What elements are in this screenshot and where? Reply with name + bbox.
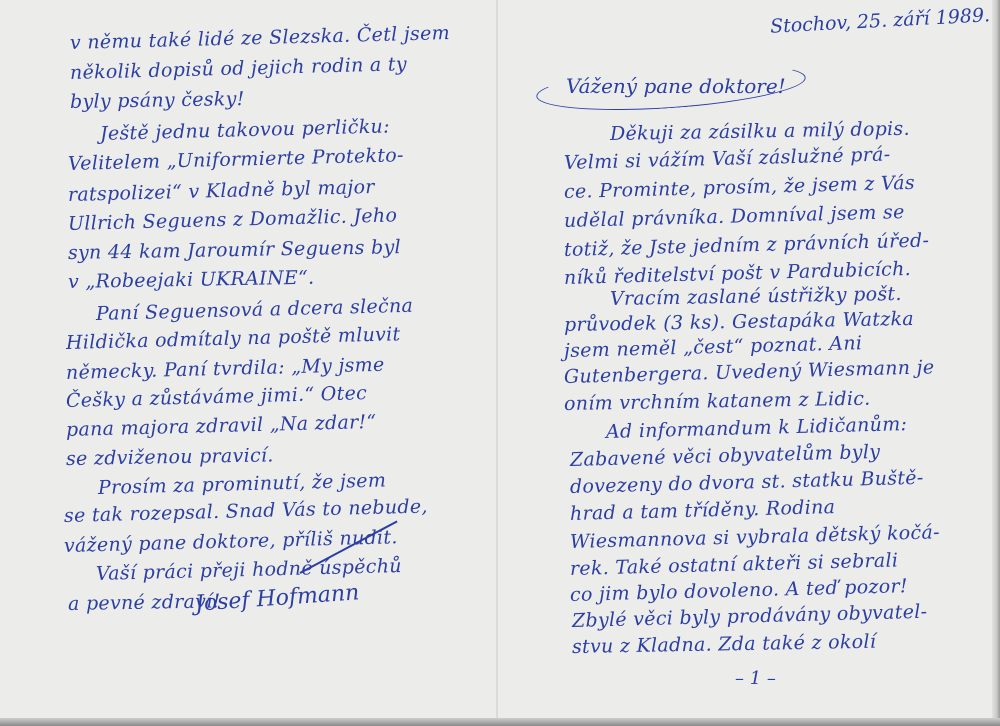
text-line: se tak rozepsal. Snad Vás to nebude, <box>64 495 428 527</box>
text-line: Češky a zůstáváme jimi.“ Otec <box>66 382 368 412</box>
text-line: v „Robeejaki UKRAINE“. <box>68 267 315 293</box>
scan-shadow <box>0 718 1000 726</box>
text-line: Vracím zaslané ústřižky pošt. <box>610 283 902 310</box>
text-line: vážený pane doktore, příliš nudit. <box>64 526 398 557</box>
text-line: hrad a tam tříděny. Rodina <box>570 496 836 525</box>
signature: Josef Hofmann <box>194 580 360 616</box>
text-line: udělal právníka. Domníval jsem se <box>564 201 905 232</box>
text-line: ce. Prominte, prosím, že jsem z Vás <box>564 172 915 203</box>
text-line: Paní Seguensová a dcera slečna <box>96 295 414 325</box>
text-line: Prosím za prominutí, že jsem <box>98 469 387 499</box>
text-line: Wiesmannova si vybrala dětský kočá- <box>570 521 940 553</box>
text-line: jsem neměl „čest“ poznat. Ani <box>564 332 863 362</box>
text-line: se zdviženou pravicí. <box>66 444 274 470</box>
text-line: Děkuji za zásilku a milý dopis. <box>610 118 910 145</box>
text-line: Velmi si vážím Vaší záslužné prá- <box>564 143 891 174</box>
text-line: Ad informandum k Lidičanům: <box>606 413 908 443</box>
page-edge <box>992 0 1000 718</box>
text-line: oním vrchním katanem z Lidic. <box>564 388 871 415</box>
salutation-block: Vážený pane doktore! <box>536 66 806 110</box>
text-line: co jim bylo dovoleno. A teď pozor! <box>570 575 908 606</box>
text-line: byly psány česky! <box>70 88 245 113</box>
text-line: Velitelem „Uniformierte Protekto- <box>68 144 404 175</box>
text-line: Ullrich Seguens z Domažlic. Jeho <box>68 204 398 235</box>
text-line: pana majora zdravil „Na zdar!“ <box>66 411 377 441</box>
text-line: syn 44 kam Jaroumír Seguens byl <box>68 236 401 264</box>
left-page: v němu také lidé ze Slezska. Četl jsem n… <box>0 0 496 718</box>
text-line: německy. Paní tvrdila: „My jsme <box>66 354 385 384</box>
text-line: dovezeny do dvora st. statku Buště- <box>570 467 924 498</box>
salutation: Vážený pane doktore! <box>566 74 786 98</box>
text-line: totiž, že Jste jedním z právních úřed- <box>564 229 930 261</box>
text-line: Gutenbergera. Uvedený Wiesmann je <box>564 356 935 388</box>
text-line: Hildička odmítaly na poště mluvit <box>66 323 401 354</box>
text-line: Ještě jednu takovou perličku: <box>100 115 390 145</box>
text-line: v němu také lidé ze Slezska. Četl jsem <box>70 22 451 54</box>
text-line: ratspolizei“ v Kladně byl major <box>68 176 375 206</box>
page-number: – 1 – <box>735 668 776 689</box>
date-line: Stochov, 25. září 1989. <box>770 4 991 37</box>
text-line: Zabavené věci obyvatelům byly <box>570 441 881 471</box>
text-line: několik dopisů od jejich rodin a ty <box>70 53 407 84</box>
text-line: rek. Také ostatní akteři si sebrali <box>570 549 899 580</box>
